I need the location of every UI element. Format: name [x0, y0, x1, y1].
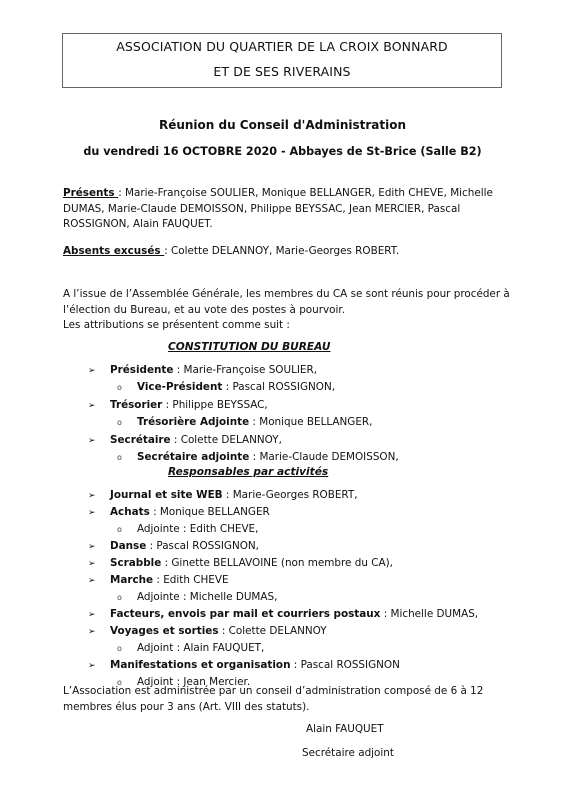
person-name: Adjoint : Alain FAUQUET,	[137, 642, 264, 654]
person-name: Adjointe : Edith CHEVE,	[137, 523, 258, 535]
bureau-item: ➢Présidente : Marie-Françoise SOULIER,	[88, 362, 317, 378]
arrow-bullet-icon: ➢	[88, 363, 110, 379]
role-label: Trésorier	[110, 399, 162, 411]
intro-line-1: A l’issue de l’Assemblée Générale, les m…	[63, 287, 513, 303]
circle-bullet-icon: o	[117, 522, 137, 538]
arrow-bullet-icon: ➢	[88, 505, 110, 521]
separator: :	[146, 540, 156, 552]
role-label: Trésorière Adjointe	[137, 416, 249, 428]
separator: :	[223, 489, 233, 501]
activity-item: ➢Marche : Edith CHEVE	[88, 572, 229, 588]
person-name: Monique BELLANGER,	[259, 416, 372, 428]
signature-name: Alain FAUQUET	[306, 723, 384, 735]
person-name: Pascal ROSSIGNON	[301, 659, 400, 671]
separator: :	[171, 434, 181, 446]
separator: :	[219, 625, 229, 637]
person-name: Ginette BELLAVOINE (non membre du CA),	[171, 557, 393, 569]
arrow-bullet-icon: ➢	[88, 573, 110, 589]
activity-item: oAdjointe : Edith CHEVE,	[117, 521, 258, 537]
closing-line-2: membres élus pour 3 ans (Art. VIII des s…	[63, 700, 513, 716]
activity-item: ➢Scrabble : Ginette BELLAVOINE (non memb…	[88, 555, 393, 571]
person-name: Philippe BEYSSAC,	[172, 399, 267, 411]
person-name: Edith CHEVE	[163, 574, 228, 586]
role-label: Manifestations et organisation	[110, 659, 290, 671]
role-label: Facteurs, envois par mail et courriers p…	[110, 608, 380, 620]
role-label: Danse	[110, 540, 146, 552]
absent-names: Colette DELANNOY, Marie-Georges ROBERT.	[171, 245, 399, 257]
bureau-item: ➢Trésorier : Philippe BEYSSAC,	[88, 397, 268, 413]
arrow-bullet-icon: ➢	[88, 433, 110, 449]
activity-item: ➢Voyages et sorties : Colette DELANNOY	[88, 623, 327, 639]
present-names: Marie-Françoise SOULIER, Monique BELLANG…	[63, 187, 493, 230]
person-name: Colette DELANNOY,	[181, 434, 282, 446]
activity-item: ➢Manifestations et organisation : Pascal…	[88, 657, 400, 673]
arrow-bullet-icon: ➢	[88, 624, 110, 640]
arrow-bullet-icon: ➢	[88, 658, 110, 674]
present-sep: :	[118, 187, 125, 199]
circle-bullet-icon: o	[117, 641, 137, 657]
circle-bullet-icon: o	[117, 380, 137, 396]
person-name: Pascal ROSSIGNON,	[232, 381, 335, 393]
role-label: Secrétaire adjointe	[137, 451, 249, 463]
association-name-line1: ASSOCIATION DU QUARTIER DE LA CROIX BONN…	[63, 39, 501, 54]
separator: :	[161, 557, 171, 569]
activity-item: ➢Achats : Monique BELLANGER	[88, 504, 270, 520]
document-page: ASSOCIATION DU QUARTIER DE LA CROIX BONN…	[0, 0, 565, 800]
intro-line-3: Les attributions se présentent comme sui…	[63, 318, 513, 334]
role-label: Vice-Président	[137, 381, 222, 393]
separator: :	[173, 364, 183, 376]
circle-bullet-icon: o	[117, 415, 137, 431]
circle-bullet-icon: o	[117, 450, 137, 466]
separator: :	[162, 399, 172, 411]
bureau-item: oSecrétaire adjointe : Marie-Claude DEMO…	[117, 449, 399, 465]
role-label: Journal et site WEB	[110, 489, 223, 501]
person-name: Marie-Georges ROBERT,	[233, 489, 358, 501]
role-label: Voyages et sorties	[110, 625, 219, 637]
activity-item: ➢Journal et site WEB : Marie-Georges ROB…	[88, 487, 358, 503]
closing-line-1: L’Association est administrée par un con…	[63, 684, 513, 700]
role-label: Secrétaire	[110, 434, 171, 446]
separator: :	[150, 506, 160, 518]
separator: :	[222, 381, 232, 393]
arrow-bullet-icon: ➢	[88, 488, 110, 504]
person-name: Marie-Françoise SOULIER,	[184, 364, 317, 376]
absent-paragraph: Absents excusés : Colette DELANNOY, Mari…	[63, 244, 513, 260]
arrow-bullet-icon: ➢	[88, 607, 110, 623]
closing-paragraph: L’Association est administrée par un con…	[63, 684, 513, 715]
bureau-item: oVice-Président : Pascal ROSSIGNON,	[117, 379, 335, 395]
person-name: Pascal ROSSIGNON,	[156, 540, 259, 552]
present-paragraph: Présents : Marie-Françoise SOULIER, Moni…	[63, 186, 513, 233]
arrow-bullet-icon: ➢	[88, 398, 110, 414]
separator: :	[249, 451, 259, 463]
activity-item: ➢Facteurs, envois par mail et courriers …	[88, 606, 478, 622]
header-box: ASSOCIATION DU QUARTIER DE LA CROIX BONN…	[62, 33, 502, 88]
meeting-subtitle: du vendredi 16 OCTOBRE 2020 - Abbayes de…	[0, 145, 565, 158]
activity-item: oAdjointe : Michelle DUMAS,	[117, 589, 277, 605]
circle-bullet-icon: o	[117, 590, 137, 606]
signature-title: Secrétaire adjoint	[302, 747, 394, 759]
activities-section-title: Responsables par activités	[168, 466, 328, 478]
separator: :	[290, 659, 300, 671]
separator: :	[380, 608, 390, 620]
person-name: Adjointe : Michelle DUMAS,	[137, 591, 277, 603]
role-label: Scrabble	[110, 557, 161, 569]
person-name: Michelle DUMAS,	[391, 608, 479, 620]
association-name-line2: ET DE SES RIVERAINS	[63, 64, 501, 79]
role-label: Achats	[110, 506, 150, 518]
meeting-title: Réunion du Conseil d'Administration	[0, 118, 565, 132]
absent-sep: :	[164, 245, 171, 257]
bureau-item: ➢Secrétaire : Colette DELANNOY,	[88, 432, 282, 448]
person-name: Colette DELANNOY	[229, 625, 327, 637]
separator: :	[249, 416, 259, 428]
activity-item: oAdjoint : Alain FAUQUET,	[117, 640, 264, 656]
activity-item: ➢Danse : Pascal ROSSIGNON,	[88, 538, 259, 554]
role-label: Marche	[110, 574, 153, 586]
bureau-section-title: CONSTITUTION DU BUREAU	[168, 341, 330, 353]
intro-line-2: l’élection du Bureau, et au vote des pos…	[63, 303, 513, 319]
person-name: Marie-Claude DEMOISSON,	[259, 451, 398, 463]
separator: :	[153, 574, 163, 586]
arrow-bullet-icon: ➢	[88, 556, 110, 572]
present-label: Présents	[63, 187, 118, 199]
intro-paragraph: A l’issue de l’Assemblée Générale, les m…	[63, 287, 513, 334]
person-name: Monique BELLANGER	[160, 506, 270, 518]
arrow-bullet-icon: ➢	[88, 539, 110, 555]
role-label: Présidente	[110, 364, 173, 376]
bureau-item: oTrésorière Adjointe : Monique BELLANGER…	[117, 414, 372, 430]
absent-label: Absents excusés	[63, 245, 164, 257]
